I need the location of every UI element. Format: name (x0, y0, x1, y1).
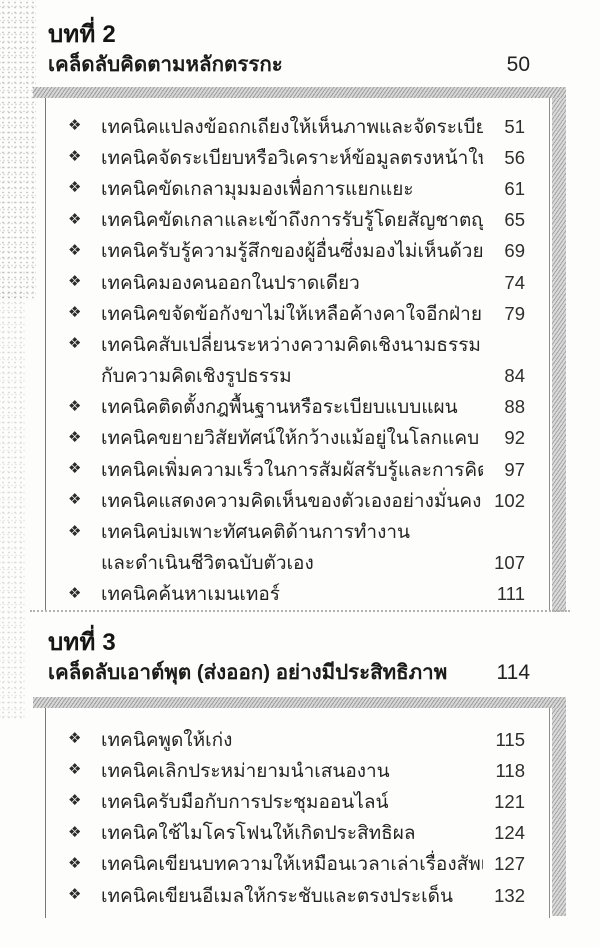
scan-noise-top (0, 0, 36, 300)
toc-entry-page: 79 (483, 303, 525, 325)
diamond-bullet-icon: ❖ (68, 180, 101, 195)
toc-entry-title: เทคนิคบ่มเพาะทัศนคติด้านการทำงาน (101, 517, 483, 547)
toc-row: ❖ เทคนิคติดตั้งกฎพื้นฐานหรือระเบียบแบบแผ… (46, 392, 549, 423)
diamond-bullet-icon: ❖ (68, 274, 101, 289)
toc-entry-page: 61 (483, 178, 525, 200)
toc-entry-page: 132 (483, 885, 525, 907)
toc-entry-title: เทคนิคเขียนอีเมลให้กระชับและตรงประเด็น (101, 881, 483, 911)
diamond-bullet-icon: ❖ (68, 524, 101, 539)
chapter-2-title: เคล็ดลับคิดตามหลักตรรกะ (48, 48, 283, 81)
toc-entry-title: เทคนิคติดตั้งกฎพื้นฐานหรือระเบียบแบบแผน (101, 392, 483, 422)
diamond-bullet-icon: ❖ (68, 856, 101, 871)
toc-row: ❖ เทคนิครับมือกับการประชุมออนไลน์ 121 (46, 786, 549, 817)
diamond-bullet-icon: ❖ (68, 399, 101, 414)
toc-row-continuation: กับความคิดเชิงรูปธรรม 84 (46, 361, 549, 392)
toc-entry-title: เทคนิคขัดเกลามุมมองเพื่อการแยกแยะ (101, 174, 483, 204)
diamond-bullet-icon: ❖ (68, 118, 101, 133)
toc-entry-title: เทคนิคจัดระเบียบหรือวิเคราะห์ข้อมูลตรงหน… (101, 143, 483, 173)
toc-entry-title: เทคนิคเขียนบทความให้เหมือนเวลาเล่าเรื่อง… (101, 849, 483, 879)
chapter-2-title-row: เคล็ดลับคิดตามหลักตรรกะ 50 (48, 48, 530, 81)
diamond-bullet-icon: ❖ (68, 762, 101, 777)
toc-row-continuation: และดำเนินชีวิตฉบับตัวเอง 107 (46, 548, 549, 579)
book-toc-page: บทที่ 2 เคล็ดลับคิดตามหลักตรรกะ 50 ❖ เทค… (0, 0, 600, 948)
toc-entry-page: 51 (483, 116, 525, 138)
diamond-bullet-icon: ❖ (68, 586, 101, 601)
toc-entry-title: และดำเนินชีวิตฉบับตัวเอง (101, 548, 483, 578)
toc-entry-page: 69 (483, 240, 525, 262)
toc-entry-page: 118 (483, 760, 525, 782)
toc-row: ❖ เทคนิคเลิกประหม่ายามนำเสนองาน 118 (46, 755, 549, 786)
toc-entry-page: 84 (483, 365, 525, 387)
diamond-bullet-icon: ❖ (68, 461, 101, 476)
chapter-3-title: เคล็ดลับเอาต์พุต (ส่งออก) อย่างมีประสิทธ… (48, 656, 447, 689)
toc-row: ❖ เทคนิคขยายวิสัยทัศน์ให้กว้างแม้อยู่ในโ… (46, 423, 549, 454)
box-top-shadow-band (33, 697, 566, 708)
toc-row: ❖ เทคนิคมองคนออกในปราดเดียว 74 (46, 267, 549, 298)
toc-entry-page: 102 (483, 490, 525, 512)
toc-entry-title: เทคนิคแปลงข้อถกเถียงให้เห็นภาพและจัดระเบ… (101, 112, 483, 142)
diamond-bullet-icon: ❖ (68, 212, 101, 227)
toc-entry-title: เทคนิคขัดเกลาและเข้าถึงการรับรู้โดยสัญชา… (101, 205, 483, 235)
toc-entry-page: 111 (483, 583, 525, 605)
toc-entry-title: เทคนิคขจัดข้อกังขาไม่ให้เหลือค้างคาใจอีก… (101, 299, 483, 329)
toc-entry-page: 88 (483, 396, 525, 418)
diamond-bullet-icon: ❖ (68, 336, 101, 351)
chapter-3-page-number: 114 (497, 661, 530, 685)
diamond-bullet-icon: ❖ (68, 243, 101, 258)
box-top-shadow-band (33, 87, 566, 98)
toc-row: ❖ เทคนิคขัดเกลามุมมองเพื่อการแยกแยะ 61 (46, 173, 549, 204)
toc-entry-page: 92 (483, 427, 525, 449)
diamond-bullet-icon: ❖ (68, 825, 101, 840)
toc-entry-title: เทคนิครับมือกับการประชุมออนไลน์ (101, 787, 483, 817)
toc-entry-page: 121 (483, 791, 525, 813)
chapter-2-toc-box: ❖ เทคนิคแปลงข้อถกเถียงให้เห็นภาพและจัดระ… (45, 98, 550, 612)
diamond-bullet-icon: ❖ (68, 430, 101, 445)
toc-row: ❖ เทคนิคพูดให้เก่ง 115 (46, 724, 549, 755)
diamond-bullet-icon: ❖ (68, 492, 101, 507)
toc-entry-page: 127 (483, 853, 525, 875)
toc-entry-page: 115 (483, 729, 525, 751)
toc-row: ❖ เทคนิคจัดระเบียบหรือวิเคราะห์ข้อมูลตรง… (46, 142, 549, 173)
toc-entry-title: เทคนิคเพิ่มความเร็วในการสัมผัสรับรู้และก… (101, 455, 483, 485)
toc-row: ❖ เทคนิคขัดเกลาและเข้าถึงการรับรู้โดยสัญ… (46, 205, 549, 236)
diamond-bullet-icon: ❖ (68, 305, 101, 320)
toc-entry-title: เทคนิคใช้ไมโครโฟนให้เกิดประสิทธิผล (101, 818, 483, 848)
toc-entry-title: เทคนิคค้นหาเมนเทอร์ (101, 579, 483, 609)
box-right-shadow-band (552, 708, 566, 916)
chapter-3-toc-box: ❖ เทคนิคพูดให้เก่ง 115 ❖ เทคนิคเลิกประหม… (45, 708, 550, 918)
toc-entry-page: 74 (483, 272, 525, 294)
chapter-2-page-number: 50 (507, 53, 530, 77)
toc-entry-page: 124 (483, 822, 525, 844)
toc-entry-page: 107 (483, 552, 525, 574)
scan-noise-bottom (0, 290, 26, 720)
toc-entry-title: เทคนิคมองคนออกในปราดเดียว (101, 268, 483, 298)
toc-entry-page: 65 (483, 209, 525, 231)
box-right-shadow-band (552, 98, 566, 612)
toc-entry-title: เทคนิคเลิกประหม่ายามนำเสนองาน (101, 756, 483, 786)
toc-row: ❖ เทคนิคแสดงความคิดเห็นของตัวเองอย่างมั่… (46, 485, 549, 516)
diamond-bullet-icon: ❖ (68, 149, 101, 164)
toc-row: ❖ เทคนิคเพิ่มความเร็วในการสัมผัสรับรู้แล… (46, 454, 549, 485)
dotted-separator (30, 610, 570, 612)
diamond-bullet-icon: ❖ (68, 793, 101, 808)
toc-row: ❖ เทคนิคค้นหาเมนเทอร์ 111 (46, 579, 549, 610)
diamond-bullet-icon: ❖ (68, 731, 101, 746)
toc-row: ❖ เทคนิครับรู้ความรู้สึกของผู้อื่นซึ่งมอ… (46, 236, 549, 267)
toc-entry-title: เทคนิคแสดงความคิดเห็นของตัวเองอย่างมั่นค… (101, 486, 483, 516)
toc-entry-title: กับความคิดเชิงรูปธรรม (101, 361, 483, 391)
toc-row: ❖ เทคนิคเขียนบทความให้เหมือนเวลาเล่าเรื่… (46, 849, 549, 880)
toc-row: ❖ เทคนิคแปลงข้อถกเถียงให้เห็นภาพและจัดระ… (46, 111, 549, 142)
toc-row: ❖ เทคนิคเขียนอีเมลให้กระชับและตรงประเด็น… (46, 880, 549, 911)
chapter-3-title-row: เคล็ดลับเอาต์พุต (ส่งออก) อย่างมีประสิทธ… (48, 656, 530, 689)
toc-row: ❖ เทคนิคขจัดข้อกังขาไม่ให้เหลือค้างคาใจอ… (46, 298, 549, 329)
toc-entry-title: เทคนิคสับเปลี่ยนระหว่างความคิดเชิงนามธรร… (101, 330, 483, 360)
toc-entry-title: เทคนิคพูดให้เก่ง (101, 725, 483, 755)
toc-entry-page: 97 (483, 459, 525, 481)
toc-row: ❖ เทคนิคสับเปลี่ยนระหว่างความคิดเชิงนามธ… (46, 329, 549, 360)
toc-row: ❖ เทคนิคบ่มเพาะทัศนคติด้านการทำงาน (46, 516, 549, 547)
diamond-bullet-icon: ❖ (68, 887, 101, 902)
toc-row: ❖ เทคนิคใช้ไมโครโฟนให้เกิดประสิทธิผล 124 (46, 818, 549, 849)
toc-entry-title: เทคนิคขยายวิสัยทัศน์ให้กว้างแม้อยู่ในโลก… (101, 423, 483, 453)
toc-entry-title: เทคนิครับรู้ความรู้สึกของผู้อื่นซึ่งมองไ… (101, 236, 483, 266)
toc-entry-page: 56 (483, 147, 525, 169)
